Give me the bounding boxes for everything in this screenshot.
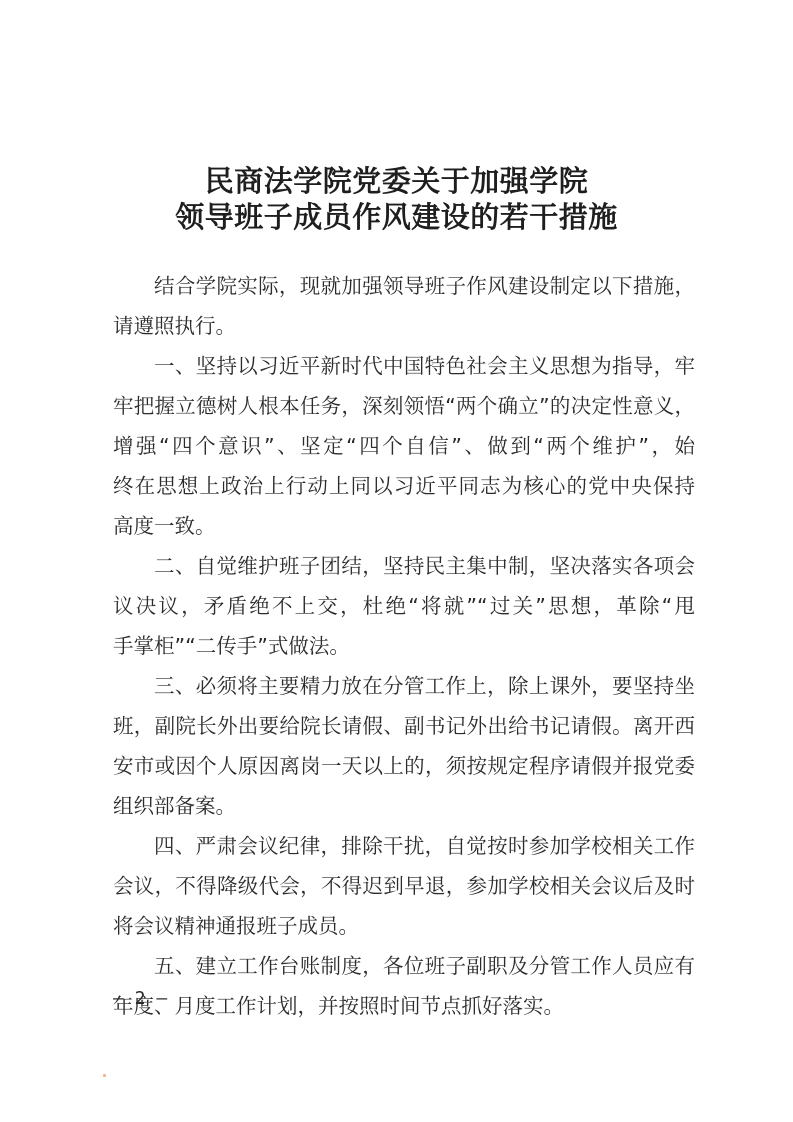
measure-1-paragraph: 一、坚持以习近平新时代中国特色社会主义思想为指导，牢 牢把握立德树人根本任务，深… [113, 346, 695, 546]
document-title: 民商法学院党委关于加强学院 领导班子成员作风建设的若干措施 [0, 163, 793, 235]
measure-5-line-2: 年度、月度工作计划，并按照时间节点抓好落实。 [113, 986, 695, 1026]
intro-line-2: 请遵照执行。 [113, 306, 695, 346]
page-number: — 2 — [113, 985, 167, 1013]
scan-artifact [103, 1074, 106, 1077]
measure-1-line-3: 增强“四个意识”、坚定“四个自信”、做到“两个维护”，始 [113, 426, 695, 466]
intro-paragraph: 结合学院实际，现就加强领导班子作风建设制定以下措施， 请遵照执行。 [113, 266, 695, 346]
measure-3-paragraph: 三、必须将主要精力放在分管工作上，除上课外，要坚持坐 班，副院长外出要给院长请假… [113, 666, 695, 826]
measure-3-line-1: 三、必须将主要精力放在分管工作上，除上课外，要坚持坐 [113, 666, 695, 706]
measure-4-paragraph: 四、严肃会议纪律，排除干扰，自觉按时参加学校相关工作 会议，不得降级代会，不得迟… [113, 826, 695, 946]
title-line-2: 领导班子成员作风建设的若干措施 [0, 199, 793, 235]
measure-5-paragraph: 五、建立工作台账制度，各位班子副职及分管工作人员应有 年度、月度工作计划，并按照… [113, 946, 695, 1026]
measure-1-line-1: 一、坚持以习近平新时代中国特色社会主义思想为指导，牢 [113, 346, 695, 386]
measure-2-paragraph: 二、自觉维护班子团结，坚持民主集中制，坚决落实各项会 议决议，矛盾绝不上交，杜绝… [113, 546, 695, 666]
measure-4-line-1: 四、严肃会议纪律，排除干扰，自觉按时参加学校相关工作 [113, 826, 695, 866]
measure-4-line-3: 将会议精神通报班子成员。 [113, 906, 695, 946]
intro-line-1: 结合学院实际，现就加强领导班子作风建设制定以下措施， [113, 266, 695, 306]
measure-4-line-2: 会议，不得降级代会，不得迟到早退，参加学校相关会议后及时 [113, 866, 695, 906]
measure-3-line-3: 安市或因个人原因离岗一天以上的，须按规定程序请假并报党委 [113, 746, 695, 786]
document-body: 结合学院实际，现就加强领导班子作风建设制定以下措施， 请遵照执行。 一、坚持以习… [113, 266, 695, 1026]
title-line-1: 民商法学院党委关于加强学院 [0, 163, 793, 199]
measure-1-line-5: 高度一致。 [113, 506, 695, 546]
document-page: 民商法学院党委关于加强学院 领导班子成员作风建设的若干措施 结合学院实际，现就加… [0, 0, 793, 1122]
measure-1-line-4: 终在思想上政治上行动上同以习近平同志为核心的党中央保持 [113, 466, 695, 506]
measure-3-line-4: 组织部备案。 [113, 786, 695, 826]
measure-1-line-2: 牢把握立德树人根本任务，深刻领悟“两个确立”的决定性意义， [113, 386, 695, 426]
measure-3-line-2: 班，副院长外出要给院长请假、副书记外出给书记请假。离开西 [113, 706, 695, 746]
measure-5-line-1: 五、建立工作台账制度，各位班子副职及分管工作人员应有 [113, 946, 695, 986]
measure-2-line-1: 二、自觉维护班子团结，坚持民主集中制，坚决落实各项会 [113, 546, 695, 586]
measure-2-line-3: 手掌柜”“二传手”式做法。 [113, 626, 695, 666]
measure-2-line-2: 议决议，矛盾绝不上交，杜绝“将就”“过关”思想，革除“甩 [113, 586, 695, 626]
